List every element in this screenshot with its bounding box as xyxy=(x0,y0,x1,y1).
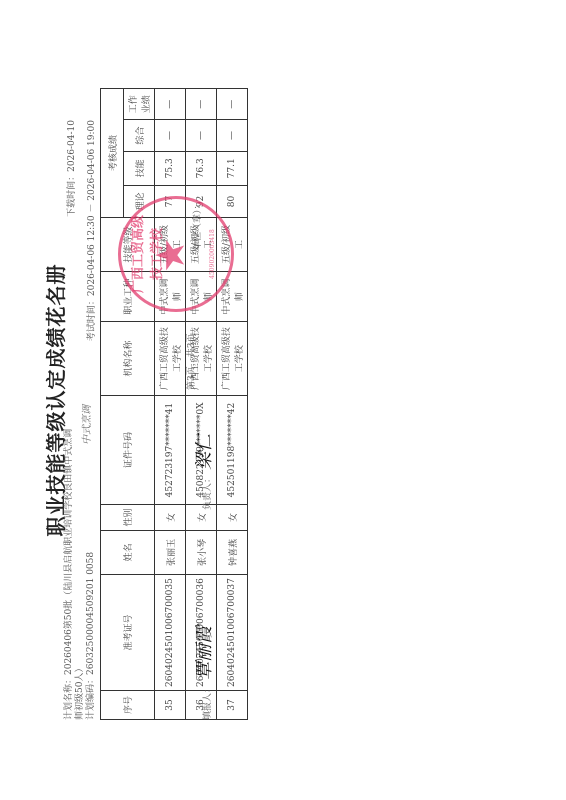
cell-work: — xyxy=(186,89,217,120)
col-skill: 技能 xyxy=(124,151,155,185)
cell-gender: 女 xyxy=(155,505,186,530)
col-scores-group: 考核成绩 xyxy=(101,89,124,218)
download-time: 下载时间：2026-04-10 xyxy=(64,120,77,217)
cell-skill: 76.3 xyxy=(186,151,217,185)
col-ticket: 准考证号 xyxy=(101,575,155,691)
cell-name: 张丽玉 xyxy=(155,530,186,574)
cell-name: 张小琴 xyxy=(186,530,217,574)
cell-name: 钟喜燕 xyxy=(217,530,248,574)
seal-code: 4509020003418 xyxy=(209,209,216,299)
cell-id: 452723197*******41 xyxy=(155,395,186,504)
cell-org: 广西工贸高级技工学校 xyxy=(217,322,248,396)
col-org: 机构名称 xyxy=(101,322,155,396)
cell-ticket: 2604024501006700037 xyxy=(217,575,248,691)
plan-code: 计划编码：26032500004509201 0058 xyxy=(86,320,97,720)
col-overall: 综合 xyxy=(124,120,155,151)
official-seal: 广西工贸高级技工学校 ★ 4509020003418 xyxy=(118,196,234,312)
col-name: 姓名 xyxy=(101,530,155,574)
exam-time: 考试时间：2026-04-06 12:30 － 2026-04-06 19:00 xyxy=(84,120,97,341)
cell-skill: 75.3 xyxy=(155,151,186,185)
maker-label: 填报人： xyxy=(203,684,213,720)
cell-org: 广西工贸高级技工学校 xyxy=(155,322,186,396)
star-icon: ★ xyxy=(151,237,191,273)
cell-overall: — xyxy=(217,120,248,151)
maker-sig: 覃丽霞 xyxy=(194,626,215,680)
header-row: 序号 准考证号 姓名 性别 证件号码 机构名称 职业工种 技能等级 考核成绩 xyxy=(101,89,124,720)
maker-signature: 填报人：覃丽霞 xyxy=(190,626,216,720)
cell-seq: 37 xyxy=(217,690,248,719)
page-info: 第3页，共3页 xyxy=(184,334,197,390)
cell-ticket: 2604024501006700035 xyxy=(155,575,186,691)
cell-work: — xyxy=(155,89,186,120)
col-seq: 序号 xyxy=(101,690,155,719)
table-row: 35 2604024501006700035 张丽玉 女 452723197**… xyxy=(155,89,186,720)
table-row: 36 2604024501006700036 张小琴 女 450822199**… xyxy=(186,89,217,720)
cell-overall: — xyxy=(155,120,186,151)
cell-seq: 35 xyxy=(155,690,186,719)
score-table: 序号 准考证号 姓名 性别 证件号码 机构名称 职业工种 技能等级 考核成绩 理… xyxy=(100,88,248,720)
leader-label: 负责人： xyxy=(203,474,213,510)
leader-sig: 梁仁 xyxy=(194,434,215,470)
cell-overall: — xyxy=(186,120,217,151)
leader-signature: 负责人：梁仁 xyxy=(190,434,216,510)
plan-info: 计划名称：20260406第50批（陆川县启航职业培训学校良田镇中式烹调 师初级… xyxy=(64,320,97,720)
col-work: 工作业绩 xyxy=(124,89,155,120)
col-id: 证件号码 xyxy=(101,395,155,504)
plan-name-cont: 师初级50人） xyxy=(75,320,86,720)
cell-id: 452501198*******42 xyxy=(217,395,248,504)
table-row: 37 2604024501006700037 钟喜燕 女 452501198**… xyxy=(217,89,248,720)
cell-work: — xyxy=(217,89,248,120)
cell-theory: 80 xyxy=(217,186,248,218)
col-gender: 性别 xyxy=(101,505,155,530)
document-page: 职业技能等级认定成绩花名册 下载时间：2026-04-10 考试时间：2026-… xyxy=(0,0,566,800)
plan-name: 计划名称：20260406第50批（陆川县启航职业培训学校良田镇中式烹调 xyxy=(64,320,75,720)
handwritten-note: 中式烹调 xyxy=(78,405,93,445)
cell-skill: 77.1 xyxy=(217,151,248,185)
cell-gender: 女 xyxy=(217,505,248,530)
